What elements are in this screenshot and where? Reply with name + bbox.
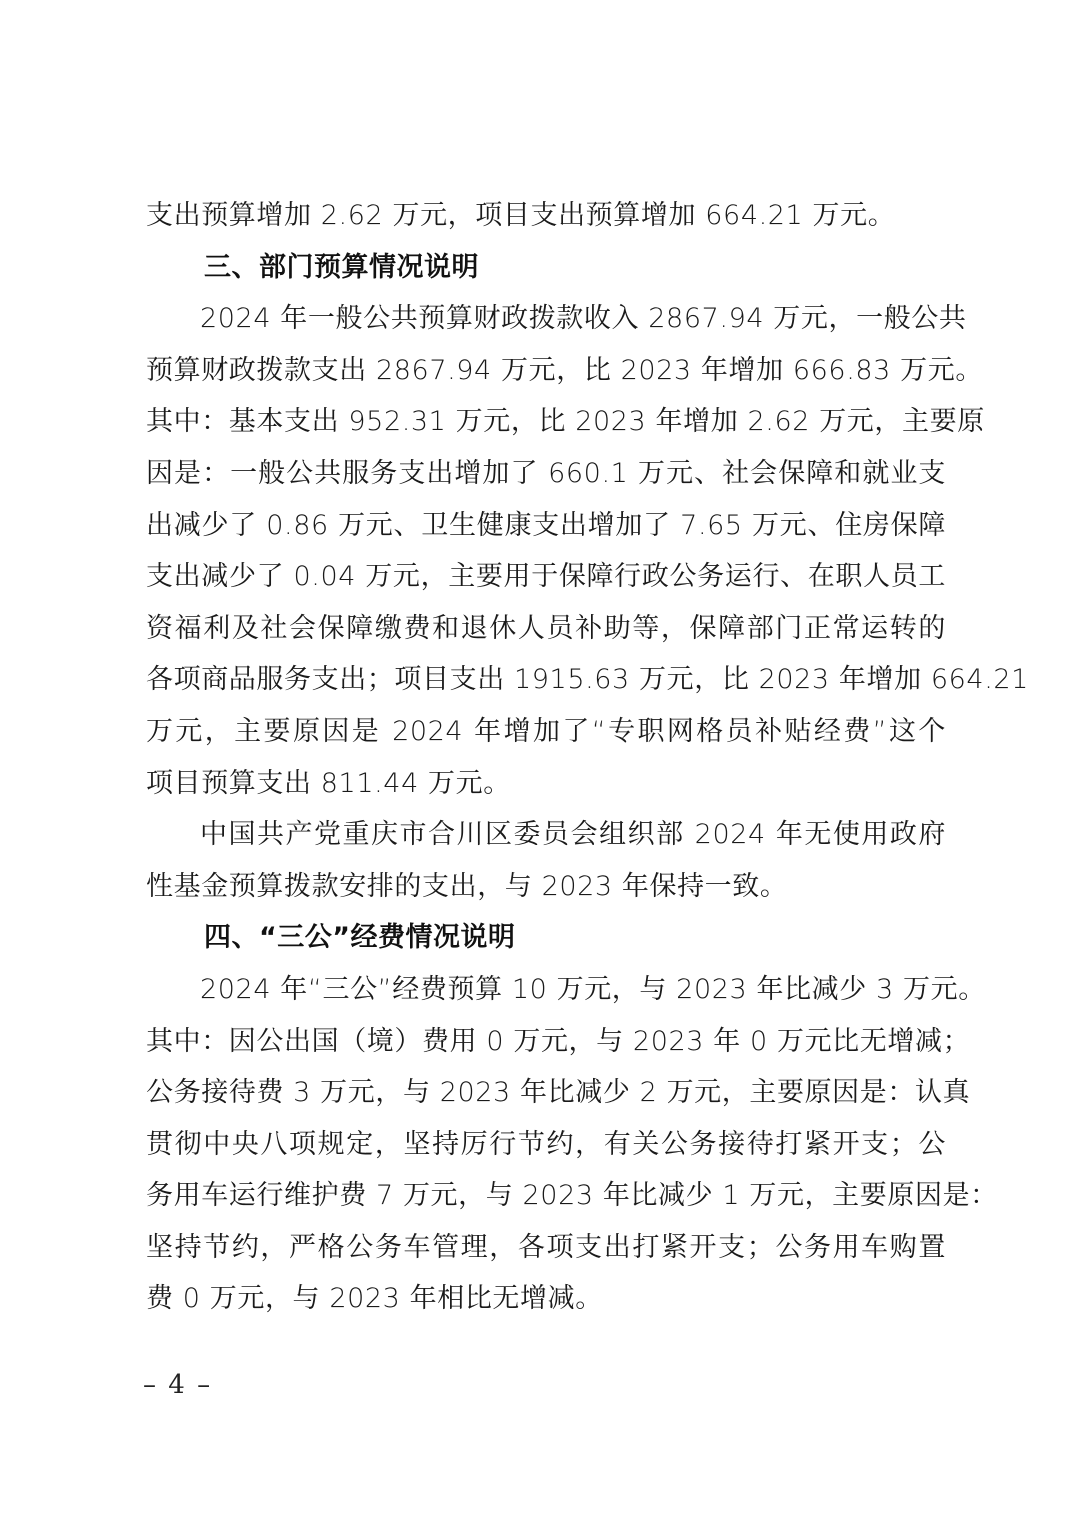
text-line: 项目预算支出 811.44 万元。 (146, 758, 946, 810)
text-line: 万元，主要原因是 2024 年增加了“专职网格员补贴经费”这个 (146, 706, 946, 758)
text-line: 中国共产党重庆市合川区委员会组织部 2024 年无使用政府 (146, 809, 946, 861)
paragraph-gov-fund: 中国共产党重庆市合川区委员会组织部 2024 年无使用政府 性基金预算拨款安排的… (146, 809, 946, 912)
text-line: 各项商品服务支出；项目支出 1915.63 万元，比 2023 年增加 664.… (146, 654, 946, 706)
text-line: 支出减少了 0.04 万元，主要用于保障行政公务运行、在职人员工 (146, 551, 946, 603)
text-line: 因是：一般公共服务支出增加了 660.1 万元、社会保障和就业支 (146, 448, 946, 500)
text-line: 2024 年一般公共预算财政拨款收入 2867.94 万元，一般公共 (146, 293, 946, 345)
paragraph-three-public-expenses: 2024 年“三公”经费预算 10 万元，与 2023 年比减少 3 万元。 其… (146, 964, 946, 1325)
text-line: 贯彻中央八项规定，坚持厉行节约，有关公务接待打紧开支；公 (146, 1119, 946, 1171)
text-line: 费 0 万元，与 2023 年相比无增减。 (146, 1273, 946, 1325)
text-line: 坚持节约，严格公务车管理，各项支出打紧开支；公务用车购置 (146, 1222, 946, 1274)
section-heading-three-public-expenses: 四、“三公”经费情况说明 (146, 912, 946, 964)
text-line: 性基金预算拨款安排的支出，与 2023 年保持一致。 (146, 861, 946, 913)
text-line: 2024 年“三公”经费预算 10 万元，与 2023 年比减少 3 万元。 (146, 964, 946, 1016)
text-line: 其中：因公出国（境）费用 0 万元，与 2023 年 0 万元比无增减； (146, 1016, 946, 1068)
text-line: 其中：基本支出 952.31 万元，比 2023 年增加 2.62 万元，主要原 (146, 396, 946, 448)
text-line: 资福利及社会保障缴费和退休人员补助等，保障部门正常运转的 (146, 603, 946, 655)
page-number: – 4 – (143, 1370, 212, 1400)
text-line: 公务接待费 3 万元，与 2023 年比减少 2 万元，主要原因是：认真 (146, 1067, 946, 1119)
text-line: 务用车运行维护费 7 万元，与 2023 年比减少 1 万元，主要原因是： (146, 1170, 946, 1222)
paragraph-dept-budget: 2024 年一般公共预算财政拨款收入 2867.94 万元，一般公共 预算财政拨… (146, 293, 946, 809)
document-page: 支出预算增加 2.62 万元，项目支出预算增加 664.21 万元。 三、部门预… (146, 190, 946, 1325)
section-heading-dept-budget: 三、部门预算情况说明 (146, 242, 946, 294)
text-line: 出减少了 0.86 万元、卫生健康支出增加了 7.65 万元、住房保障 (146, 500, 946, 552)
text-line: 预算财政拨款支出 2867.94 万元，比 2023 年增加 666.83 万元… (146, 345, 946, 397)
text-line: 支出预算增加 2.62 万元，项目支出预算增加 664.21 万元。 (146, 190, 946, 242)
